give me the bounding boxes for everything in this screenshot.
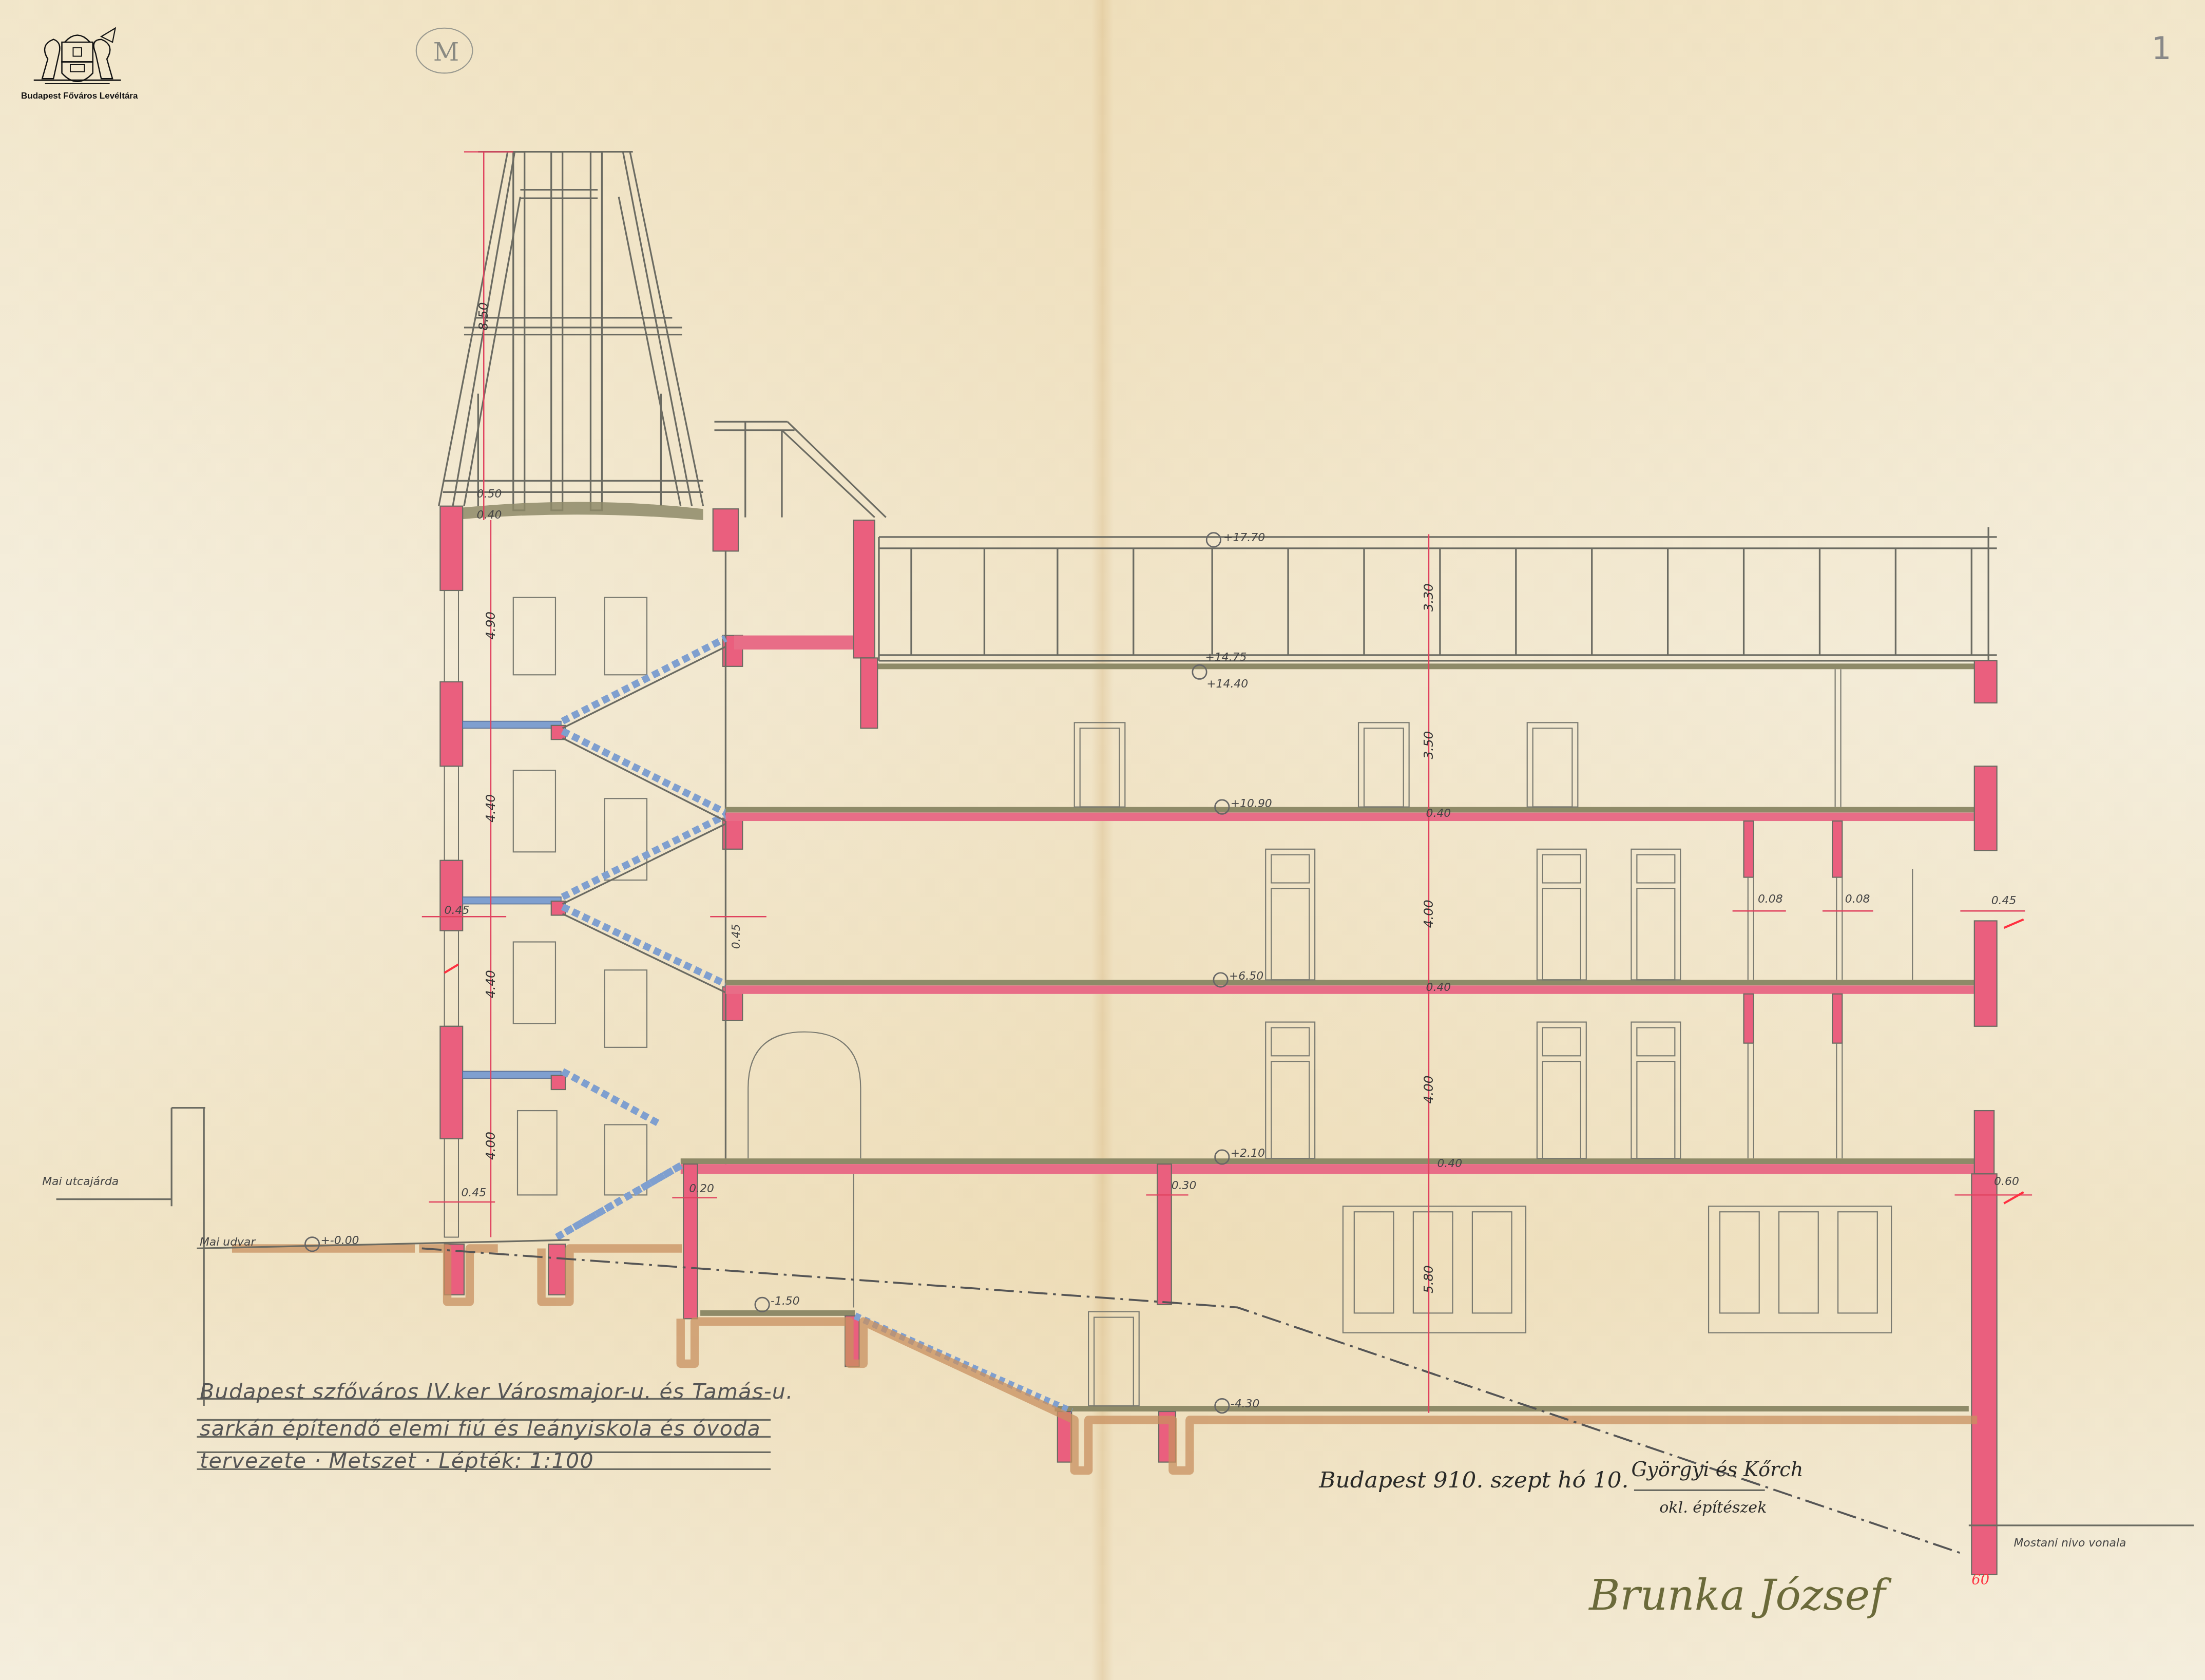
svg-text:0.08: 0.08: [1845, 893, 1870, 906]
classroom-doors: [748, 722, 1680, 1406]
wall-dimensions: 0.08 0.08 0.45 0.60 0.20 0.30: [672, 893, 2032, 1198]
signature: Brunka József: [1588, 1571, 1892, 1620]
svg-text:+-0.00: +-0.00: [321, 1234, 359, 1247]
svg-text:+14.75: +14.75: [1205, 651, 1247, 664]
svg-text:-1.50: -1.50: [771, 1295, 800, 1308]
svg-text:4.00: 4.00: [1421, 900, 1436, 928]
floor-slabs: [681, 636, 1988, 1411]
red-check-mark: [2004, 1192, 2023, 1204]
red-check-mark: [445, 964, 458, 972]
svg-text:0.45: 0.45: [730, 924, 743, 949]
svg-text:+10.90: +10.90: [1231, 797, 1272, 810]
title-line-3: tervezete · Metszet · Lépték: 1:100: [200, 1448, 594, 1473]
svg-text:8.50: 8.50: [476, 302, 491, 331]
svg-text:0.20: 0.20: [689, 1182, 714, 1195]
svg-text:0.30: 0.30: [1172, 1179, 1197, 1192]
svg-text:4.40: 4.40: [483, 794, 498, 823]
svg-text:0.60: 0.60: [1994, 1175, 2019, 1188]
svg-text:0.50: 0.50: [477, 488, 502, 501]
red-check-mark: [2004, 920, 2023, 928]
date-note: Budapest 910. szept hó 10.: [1318, 1467, 1628, 1493]
section-drawing: Budapest Főváros Levéltára M 1 8.50 0.50…: [0, 0, 2205, 1680]
attic-roof-truss: [879, 527, 1997, 661]
title-block: Budapest szfőváros IV.ker Városmajor-u. …: [197, 1379, 793, 1473]
svg-text:0.45: 0.45: [1991, 894, 2017, 907]
existing-level-label: Mostani nivo vonala: [2014, 1537, 2126, 1550]
coat-of-arms-icon: [34, 28, 121, 84]
svg-text:0.45: 0.45: [445, 904, 470, 917]
svg-text:4.00: 4.00: [483, 1132, 498, 1160]
svg-text:0.45: 0.45: [461, 1187, 486, 1199]
svg-text:4.40: 4.40: [483, 970, 498, 998]
archive-name: Budapest Főváros Levéltára: [21, 91, 138, 101]
svg-text:0.40: 0.40: [1426, 807, 1451, 820]
svg-text:M: M: [433, 37, 459, 67]
architects-name: Györgyi és Kőrch: [1631, 1458, 1803, 1481]
red-note: 60: [1971, 1572, 1989, 1588]
title-line-1: Budapest szfőváros IV.ker Városmajor-u. …: [200, 1379, 794, 1404]
courtyard-level-label: Mai udvar: [200, 1236, 257, 1249]
title-line-2: sarkán építendő elemi fiú és leányiskola…: [200, 1416, 761, 1441]
svg-text:+6.50: +6.50: [1229, 970, 1263, 983]
svg-text:3.30: 3.30: [1421, 583, 1436, 612]
svg-text:+17.70: +17.70: [1223, 531, 1265, 544]
corner-mark: 1: [2152, 31, 2171, 67]
tower-staircase: [463, 638, 725, 1237]
street-level-label: Mai utcajárda: [42, 1175, 119, 1188]
basement-stairs: [557, 1164, 1072, 1411]
svg-text:+2.10: +2.10: [1231, 1147, 1265, 1160]
svg-text:+14.40: +14.40: [1206, 678, 1248, 691]
svg-text:0.40: 0.40: [1426, 981, 1451, 994]
svg-text:3.50: 3.50: [1421, 731, 1436, 759]
svg-text:5.80: 5.80: [1421, 1265, 1436, 1293]
svg-text:-4.30: -4.30: [1231, 1398, 1260, 1410]
tower-spire: [439, 152, 886, 518]
architects-role: okl. építészek: [1659, 1499, 1767, 1517]
svg-text:0.40: 0.40: [477, 509, 502, 522]
sheet-mark: M: [416, 28, 473, 73]
svg-text:4.90: 4.90: [483, 612, 498, 640]
svg-text:0.08: 0.08: [1758, 893, 1783, 906]
drawing-sheet: Budapest Főváros Levéltára M 1 8.50 0.50…: [0, 0, 2205, 1680]
svg-text:4.00: 4.00: [1421, 1076, 1436, 1104]
svg-text:0.40: 0.40: [1437, 1157, 1462, 1170]
